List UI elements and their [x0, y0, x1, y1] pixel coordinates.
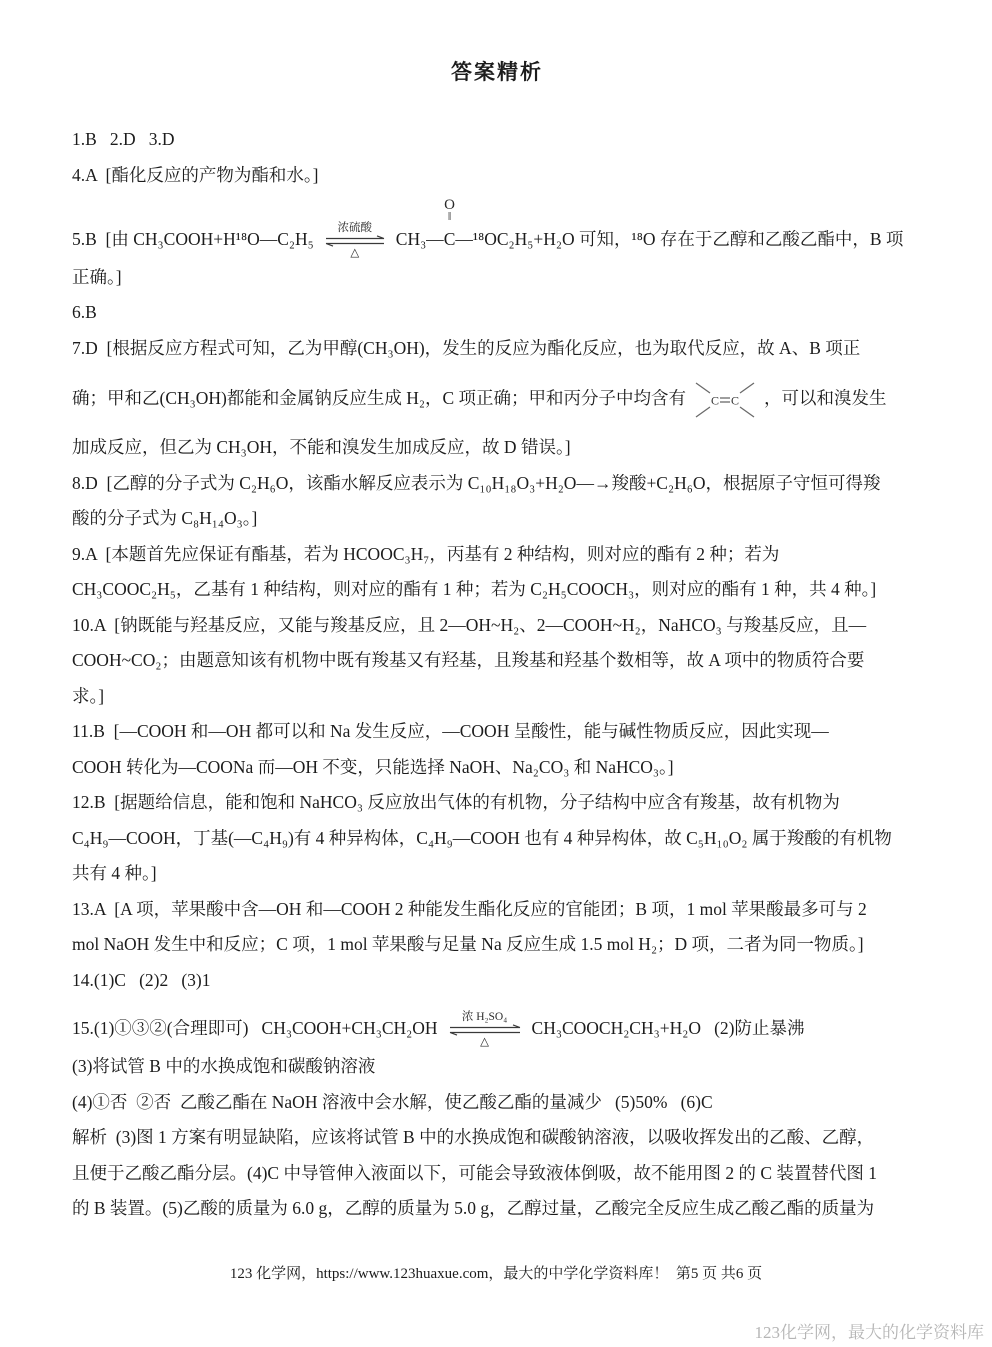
ester-left-fragment: CH₃— — [396, 229, 444, 249]
c-c-double-bond-icon: CC — [690, 377, 760, 423]
answer-6: 6.B — [72, 295, 922, 331]
carbonyl-carbon-wrap: O‖C — [444, 219, 456, 259]
answer-7-line2: 确；甲和乙(CH₃OH)都能和金属钠反应生成 H₂，C 项正确；甲和丙分子中均含… — [72, 366, 922, 430]
answer-8-line2: 酸的分子式为 C₈H₁₄O₃。] — [72, 501, 922, 537]
analysis-line2: 且便于乙酸乙酯分层。(4)C 中导管伸入液面以下，可能会导致液体倒吸，故不能用图… — [72, 1156, 922, 1192]
answer-7-line2-post: ，可以和溴发生 — [764, 388, 887, 408]
answer-11-line2: COOH 转化为—COONa 而—OH 不变，只能选择 NaOH、Na₂CO₃ … — [72, 750, 922, 786]
answer-15-line3: (3)将试管 B 中的水换成饱和碳酸钠溶液 — [72, 1049, 922, 1085]
answer-12-line2: C₄H₉—COOH，丁基(—C₄H₉)有 4 种异构体，C₄H₉—COOH 也有… — [72, 821, 922, 857]
answer-10-line2: COOH~CO₂；由题意知该有机物中既有羧基又有羟基，且羧基和羟基个数相等，故 … — [72, 643, 922, 679]
answer-10-line1: 10.A [钠既能与羟基反应，又能与羧基反应，且 2—OH~H₂、2—COOH~… — [72, 608, 922, 644]
answer-5-line2: 正确。] — [72, 260, 922, 296]
footer-text: 123 化学网，https://www.123huaxue.com，最大的中学化… — [0, 1262, 992, 1283]
left-carbon-label: C — [711, 394, 719, 408]
condition-above-label: 浓硫酸 — [338, 222, 373, 235]
answer-key-page: 答案精析 1.B 2.D 3.D 4.A [酯化反应的产物为酯和水。] 5.B … — [0, 0, 992, 1347]
page-content: 答案精析 1.B 2.D 3.D 4.A [酯化反应的产物为酯和水。] 5.B … — [0, 56, 992, 1227]
answer-5-equation-line: 5.B [由 CH₃COOH+H¹⁸O—C₂H₅浓硫酸△CH₃—O‖C—¹⁸OC… — [72, 193, 922, 260]
answer-15-equation-line: 15.(1)①③②(合理即可) CH₃COOH+CH₃CH₂OH浓 H₂SO₄△… — [72, 998, 922, 1049]
answer-10-line3: 求。] — [72, 679, 922, 715]
equilibrium-arrows-icon — [322, 235, 388, 247]
condition-below-label: △ — [480, 1036, 489, 1049]
answer-13-line1: 13.A [A 项，苹果酸中含—OH 和—COOH 2 种能发生酯化反应的官能团… — [72, 892, 922, 928]
answer-13-line2: mol NaOH 发生中和反应；C 项，1 mol 苹果酸与足量 Na 反应生成… — [72, 927, 922, 963]
answer-12-line3: 共有 4 种。] — [72, 856, 922, 892]
analysis-line3: 的 B 装置。(5)乙酸的质量为 6.0 g，乙醇的质量为 5.0 g，乙醇过量… — [72, 1191, 922, 1227]
answer-15-line4: (4)①否 ②否 乙酸乙酯在 NaOH 溶液中会水解，使乙酸乙酯的量减少 (5)… — [72, 1085, 922, 1121]
ester-structure: CH₃—O‖C—¹⁸OC₂H₅+H₂O — [396, 219, 575, 259]
answer-7-line3: 加成反应，但乙为 CH₃OH，不能和溴发生加成反应，故 D 错误。] — [72, 430, 922, 466]
answer-12-line1: 12.B [据题给信息，能和饱和 NaHCO₃ 反应放出气体的有机物，分子结构中… — [72, 785, 922, 821]
analysis-line1: 解析 (3)图 1 方案有明显缺陷，应该将试管 B 中的水换成饱和碳酸钠溶液，以… — [72, 1120, 922, 1156]
answer-7-line2-pre: 确；甲和乙(CH₃OH)都能和金属钠反应生成 H₂，C 项正确；甲和丙分子中均含… — [72, 388, 686, 408]
carbonyl-carbon: C — [444, 229, 456, 249]
answer-15-prefix: 15.(1)①③②(合理即可) CH₃COOH+CH₃CH₂OH — [72, 1018, 438, 1038]
carbonyl-oxygen-group: O‖ — [444, 199, 455, 221]
answer-8-line1: 8.D [乙醇的分子式为 C₂H₆O，该酯水解反应表示为 C₁₀H₁₈O₃+H₂… — [72, 466, 922, 502]
double-bond-icon: ‖ — [448, 211, 451, 221]
answer-7-line1: 7.D [根据反应方程式可知，乙为甲醇(CH₃OH)，发生的反应为酯化反应，也为… — [72, 331, 922, 367]
answer-15-suffix: CH₃COOCH₂CH₃+H₂O (2)防止暴沸 — [532, 1018, 805, 1038]
answer-14: 14.(1)C (2)2 (3)1 — [72, 963, 922, 999]
equilibrium-arrows-icon — [446, 1024, 524, 1036]
answer-5-prefix: 5.B [由 CH₃COOH+H¹⁸O—C₂H₅ — [72, 229, 314, 249]
answer-4: 4.A [酯化反应的产物为酯和水。] — [72, 158, 922, 194]
condition-above-label: 浓 H₂SO₄ — [462, 1011, 507, 1024]
reaction-condition: 浓硫酸△ — [322, 222, 388, 260]
reaction-condition: 浓 H₂SO₄△ — [446, 1011, 524, 1049]
watermark-text: 123化学网，最大的化学资料库 — [755, 1318, 985, 1343]
answer-5-suffix: 可知，¹⁸O 存在于乙醇和乙酸乙酯中，B 项 — [575, 229, 904, 249]
ester-right-fragment: —¹⁸OC₂H₅+H₂O — [455, 229, 574, 249]
right-carbon-label: C — [731, 394, 739, 408]
answer-9-line1: 9.A [本题首先应保证有酯基，若为 HCOOC₃H₇，丙基有 2 种结构，则对… — [72, 537, 922, 573]
condition-below-label: △ — [350, 247, 359, 260]
answer-11-line1: 11.B [—COOH 和—OH 都可以和 Na 发生反应，—COOH 呈酸性，… — [72, 714, 922, 750]
answers-1-2-3: 1.B 2.D 3.D — [72, 122, 922, 158]
answer-9-line2: CH₃COOC₂H₅，乙基有 1 种结构，则对应的酯有 1 种；若为 C₂H₅C… — [72, 572, 922, 608]
page-title: 答案精析 — [72, 56, 922, 86]
